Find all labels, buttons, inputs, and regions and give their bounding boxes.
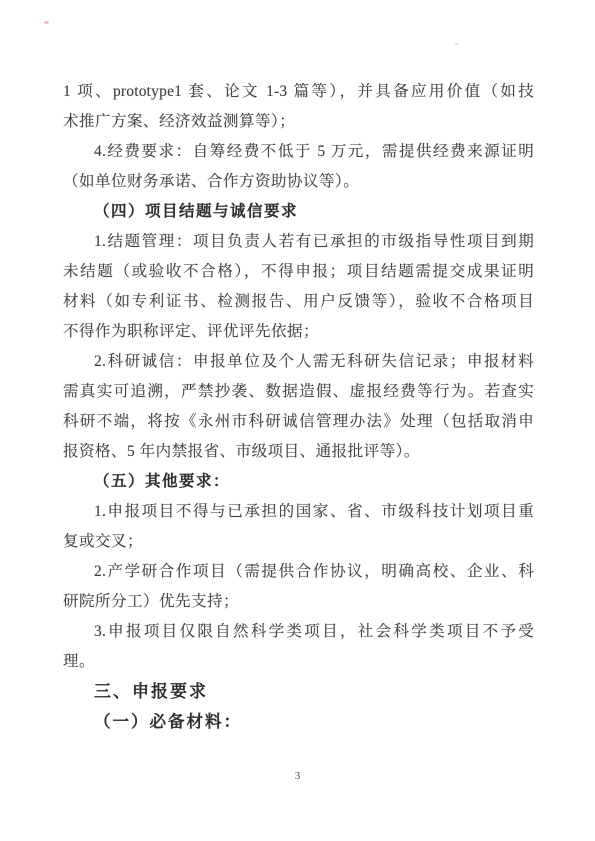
text-line: （一）必备材料： [63, 707, 534, 737]
text-line: 科研不端，将按《永州市科研诚信管理办法》处理（包括取消申 [63, 407, 534, 437]
text-line: 2.科研诚信：申报单位及个人需无科研失信记录；申报材料 [63, 347, 534, 377]
text-line: 3.申报项目仅限自然科学类项目，社会科学类项目不予受 [63, 617, 534, 647]
text-line: 4.经费要求：自筹经费不低于 5 万元，需提供经费来源证明 [63, 137, 534, 167]
scan-speck [44, 21, 49, 24]
text-line: （五）其他要求： [63, 467, 534, 497]
document-page: 1 项、prototype1 套、论文 1-3 篇等），并具备应用价值（如技术推… [0, 0, 595, 841]
document-body: 1 项、prototype1 套、论文 1-3 篇等），并具备应用价值（如技术推… [63, 77, 534, 737]
text-line: 报资格、5 年内禁报省、市级项目、通报批评等）。 [63, 437, 534, 467]
text-line: 需真实可追溯，严禁抄袭、数据造假、虚报经费等行为。若查实 [63, 377, 534, 407]
scan-speck [455, 43, 458, 45]
text-line: 复或交叉； [63, 527, 534, 557]
text-line: 理。 [63, 647, 534, 677]
text-line: 研院所分工）优先支持； [63, 587, 534, 617]
text-line: 2.产学研合作项目（需提供合作协议，明确高校、企业、科 [63, 557, 534, 587]
text-line: 术推广方案、经济效益测算等）； [63, 107, 534, 137]
text-line: 1.申报项目不得与已承担的国家、省、市级科技计划项目重 [63, 497, 534, 527]
text-line: 未结题（或验收不合格），不得申报；项目结题需提交成果证明 [63, 257, 534, 287]
text-line: 三、申报要求 [63, 677, 534, 707]
text-line: （如单位财务承诺、合作方资助协议等）。 [63, 167, 534, 197]
text-line: 不得作为职称评定、评优评先依据； [63, 317, 534, 347]
text-line: 1 项、prototype1 套、论文 1-3 篇等），并具备应用价值（如技 [63, 77, 534, 107]
page-number: 3 [0, 770, 595, 782]
text-line: （四）项目结题与诚信要求 [63, 197, 534, 227]
text-line: 1.结题管理：项目负责人若有已承担的市级指导性项目到期 [63, 227, 534, 257]
text-line: 材料（如专利证书、检测报告、用户反馈等），验收不合格项目 [63, 287, 534, 317]
